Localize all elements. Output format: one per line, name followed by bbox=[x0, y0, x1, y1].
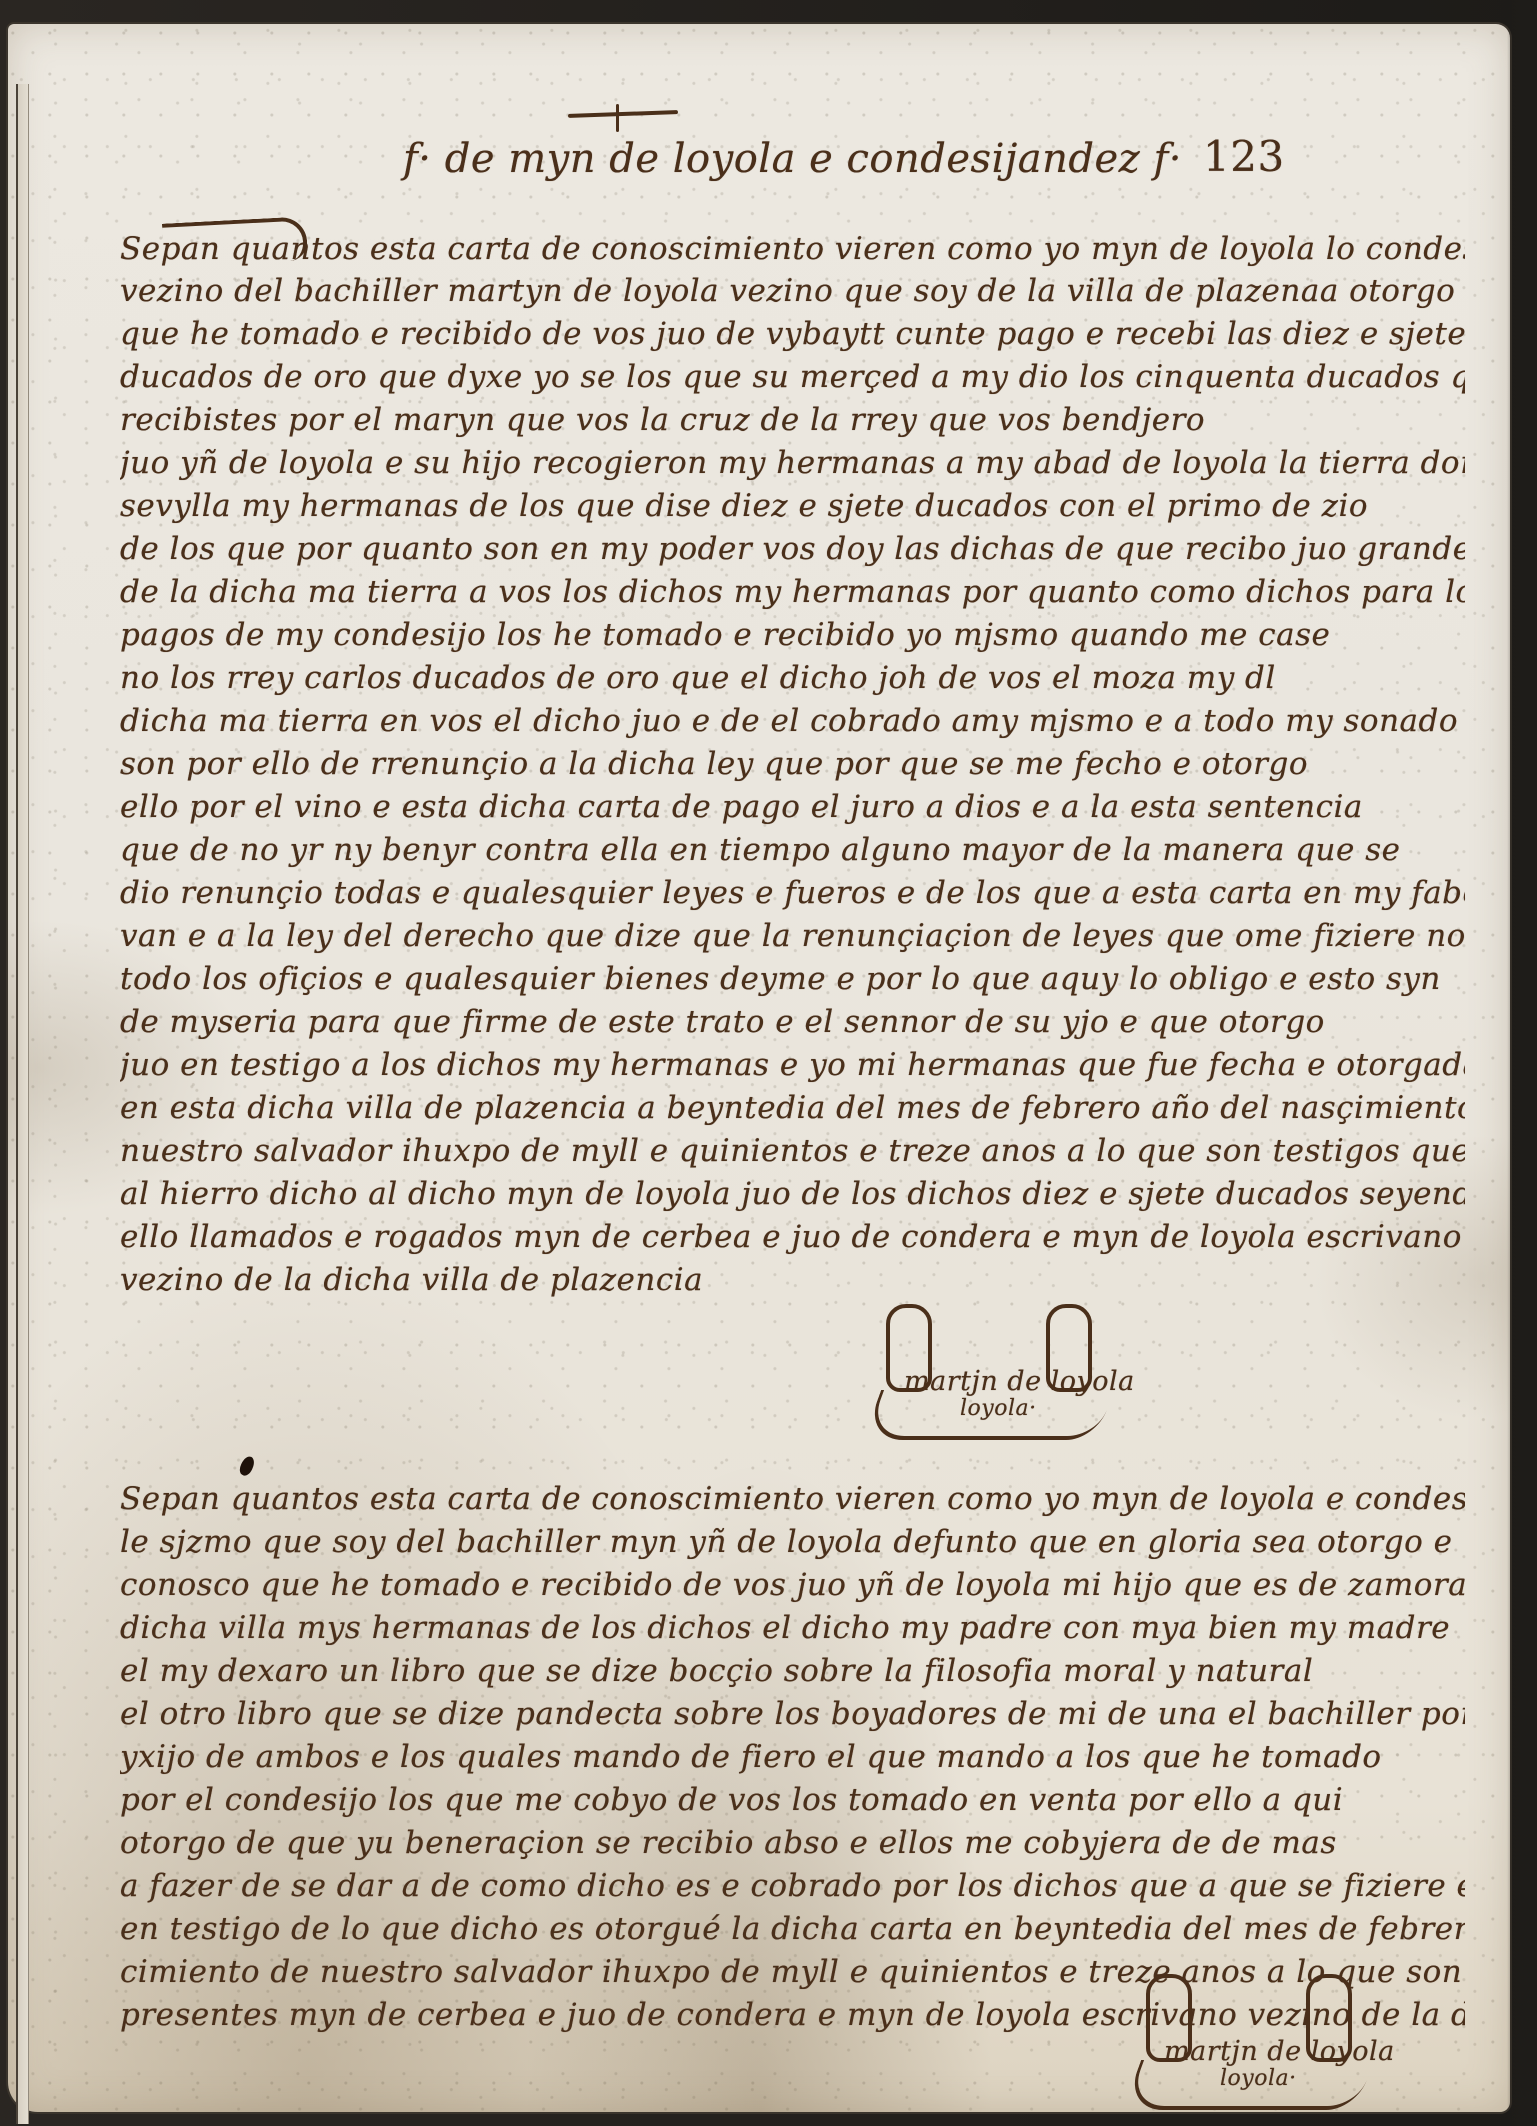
document-2-line: yxijo de ambos e los quales mando de fie… bbox=[120, 1737, 1465, 1777]
document-1-line: juo yñ de loyola e su hijo recogieron my… bbox=[120, 443, 1465, 483]
document-1-line: sevylla my hermanas de los que dise diez… bbox=[120, 486, 1465, 526]
document-1-line: en esta dicha villa de plazencia a beynt… bbox=[120, 1088, 1465, 1128]
document-2-line: en testigo de lo que dicho es otorgué la… bbox=[120, 1909, 1465, 1949]
document-1-line: vezino del bachiller martyn de loyola ve… bbox=[120, 271, 1465, 311]
document-1-line: vezino de la dicha villa de plazencia bbox=[120, 1260, 1465, 1300]
document-1-line: ello por el vino e esta dicha carta de p… bbox=[120, 787, 1465, 827]
document-2-line: dicha villa mys hermanas de los dichos e… bbox=[120, 1608, 1465, 1648]
manuscript-page: f· de myn de loyola e condesijandez f· 1… bbox=[8, 24, 1510, 2112]
document-1-line: Sepan quantos esta carta de conoscimient… bbox=[120, 229, 1465, 269]
signature-2: martjn de loyola loyola· bbox=[1128, 1974, 1378, 2114]
signature-1: martjn de loyola loyola· bbox=[868, 1304, 1118, 1444]
document-1-line: juo en testigo a los dichos my hermanas … bbox=[120, 1045, 1465, 1085]
document-2-line: Sepan quantos esta carta de conoscimient… bbox=[120, 1479, 1465, 1519]
document-1-line: dio renunçio todas e qualesquier leyes e… bbox=[120, 873, 1465, 913]
binding-edge bbox=[16, 84, 29, 2124]
document-1-line: no los rrey carlos ducados de oro que el… bbox=[120, 658, 1465, 698]
signature-name: martjn de loyola bbox=[1164, 2036, 1395, 2067]
document-2-line: el otro libro que se dize pandecta sobre… bbox=[120, 1694, 1465, 1734]
signature-subscript: loyola· bbox=[960, 1396, 1037, 1421]
document-1-line: nuestro salvador ihuxpo de myll e quinie… bbox=[120, 1131, 1465, 1171]
document-1-line: pagos de my condesijo los he tomado e re… bbox=[120, 615, 1465, 655]
document-1-line: que he tomado e recibido de vos juo de v… bbox=[120, 314, 1465, 354]
document-2-line: conosco que he tomado e recibido de vos … bbox=[120, 1565, 1465, 1605]
signature-name: martjn de loyola bbox=[904, 1366, 1135, 1397]
document-2-line: le sjzmo que soy del bachiller myn yñ de… bbox=[120, 1522, 1465, 1562]
document-1-line: ello llamados e rogados myn de cerbea e … bbox=[120, 1217, 1465, 1257]
document-1-line: de myseria para que firme de este trato … bbox=[120, 1002, 1465, 1042]
scan-edge-shadow bbox=[1507, 0, 1537, 2126]
document-1-line: dicha ma tierra en vos el dicho juo e de… bbox=[120, 701, 1465, 741]
document-2-line: el my dexaro un libro que se dize bocçio… bbox=[120, 1651, 1465, 1691]
document-1-line: al hierro dicho al dicho myn de loyola j… bbox=[120, 1174, 1465, 1214]
document-1-line: son por ello de rrenunçio a la dicha ley… bbox=[120, 744, 1465, 784]
document-2-line: por el condesijo los que me cobyo de vos… bbox=[120, 1780, 1465, 1820]
document-1-line: de la dicha ma tierra a vos los dichos m… bbox=[120, 572, 1465, 612]
document-1-line: todo los ofiçios e qualesquier bienes de… bbox=[120, 959, 1465, 999]
page-heading: f· de myn de loyola e condesijandez f· bbox=[403, 136, 1182, 182]
document-1-line: de los que por quanto son en my poder vo… bbox=[120, 529, 1465, 569]
ink-blot bbox=[237, 1454, 256, 1477]
document-1-line: recibistes por el maryn que vos la cruz … bbox=[120, 400, 1465, 440]
signature-subscript: loyola· bbox=[1220, 2066, 1297, 2091]
folio-number: 123 bbox=[1203, 132, 1285, 181]
document-2-line: otorgo de que yu beneraçion se recibio a… bbox=[120, 1823, 1465, 1863]
document-1-line: van e a la ley del derecho que dize que … bbox=[120, 916, 1465, 956]
document-1-line: ducados de oro que dyxe yo se los que su… bbox=[120, 357, 1465, 397]
document-2-line: a fazer de se dar a de como dicho es e c… bbox=[120, 1866, 1465, 1906]
document-1-line: que de no yr ny benyr contra ella en tie… bbox=[120, 830, 1465, 870]
